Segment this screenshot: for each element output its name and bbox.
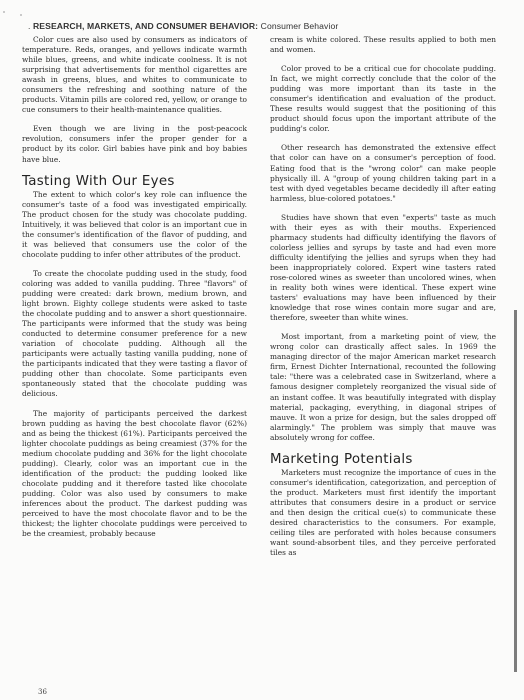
page-number: 36 [38,688,47,696]
right-column: cream is white colored. These results ap… [270,35,496,567]
paragraph-continued: cream is white colored. These results ap… [270,35,496,55]
running-head-section: RESEARCH, MARKETS, AND CONSUMER BEHAVIOR… [33,21,258,31]
running-head-subsection: Consumer Behavior [261,21,339,31]
left-column: Color cues are also used by consumers as… [22,35,247,548]
paragraph: Color proved to be a critical cue for ch… [270,64,496,134]
paragraph: Studies have shown that even "experts" t… [270,213,496,324]
paragraph: Even though we are living in the post-pe… [22,124,247,164]
scanned-page: . RESEARCH, MARKETS, AND CONSUMER BEHAVI… [0,0,524,700]
section-heading-marketing: Marketing Potentials [270,452,496,467]
scan-speck [20,14,22,16]
scan-speck [3,11,5,13]
section-heading-tasting: Tasting With Our Eyes [22,174,247,189]
paragraph: Color cues are also used by consumers as… [22,35,247,115]
paragraph: Most important, from a marketing point o… [270,332,496,443]
paragraph: The extent to which color's key role can… [22,190,247,260]
paragraph: To create the chocolate pudding used in … [22,269,247,400]
paragraph: The majority of participants perceived t… [22,409,247,540]
margin-bar [514,310,517,672]
paragraph: Other research has demonstrated the exte… [270,143,496,203]
paragraph: Marketers must recognize the importance … [270,468,496,558]
running-head: . RESEARCH, MARKETS, AND CONSUMER BEHAVI… [28,21,338,31]
